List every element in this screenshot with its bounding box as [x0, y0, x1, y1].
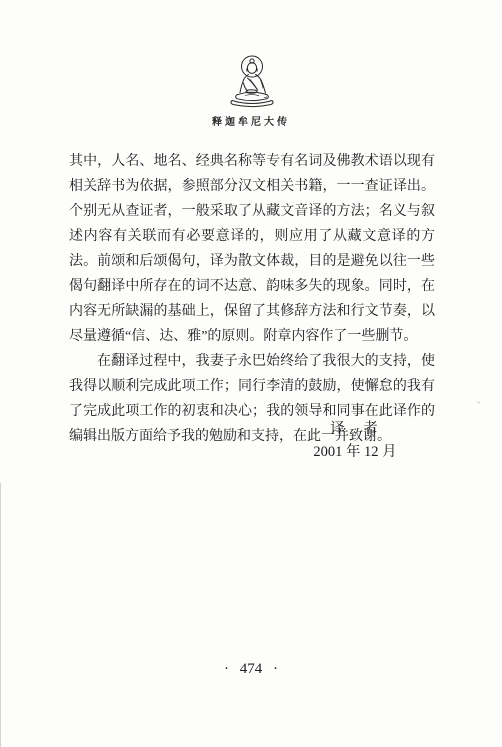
book-page: 释迦牟尼大传 其中，人名、地名、经典名称等专有名词及佛教术语以现有 相关辞书为依… [0, 0, 502, 747]
book-title-caption: 释迦牟尼大传 [0, 113, 502, 128]
text-line: 内容无所缺漏的基础上，保留了其修辞方法和行文节奏，以 [69, 299, 435, 324]
text-line: 在翻译过程中，我妻子永巴始终给了我很大的支持，使 [69, 349, 435, 374]
text-line: 尽量遵循“信、达、雅”的原则。附章内容作了一些删节。 [69, 324, 435, 349]
page-number: · 474 · [0, 661, 502, 678]
text-line: 法。前颂和后颂偈句，译为散文体裁，目的是避免以往一些 [69, 249, 435, 274]
page-edge-shadow [0, 483, 1, 747]
signature-date: 2001 年 12 月 [260, 441, 450, 464]
scan-speck [477, 401, 480, 404]
body-text: 其中，人名、地名、经典名称等专有名词及佛教术语以现有 相关辞书为依据，参照部分汉… [69, 149, 435, 449]
text-line: 述内容有关联而有必要意译的，则应用了从藏文意译的方 [69, 224, 435, 249]
text-line: 偈句翻译中所存在的词不达意、韵味多失的现象。同时，在 [69, 274, 435, 299]
text-line: 我得以顺利完成此项工作；同行李清的鼓励，使懈怠的我有 [69, 374, 435, 399]
text-line: 个别无从查证者，一般采取了从藏文音译的方法；名义与叙 [69, 199, 435, 224]
buddha-icon [223, 52, 281, 114]
text-line: 其中，人名、地名、经典名称等专有名词及佛教术语以现有 [69, 149, 435, 174]
translator-signature: 译 者 [260, 418, 450, 441]
signature-block: 译 者 2001 年 12 月 [260, 418, 450, 464]
text-line: 相关辞书为依据，参照部分汉文相关书籍，一一查证译出。 [69, 174, 435, 199]
